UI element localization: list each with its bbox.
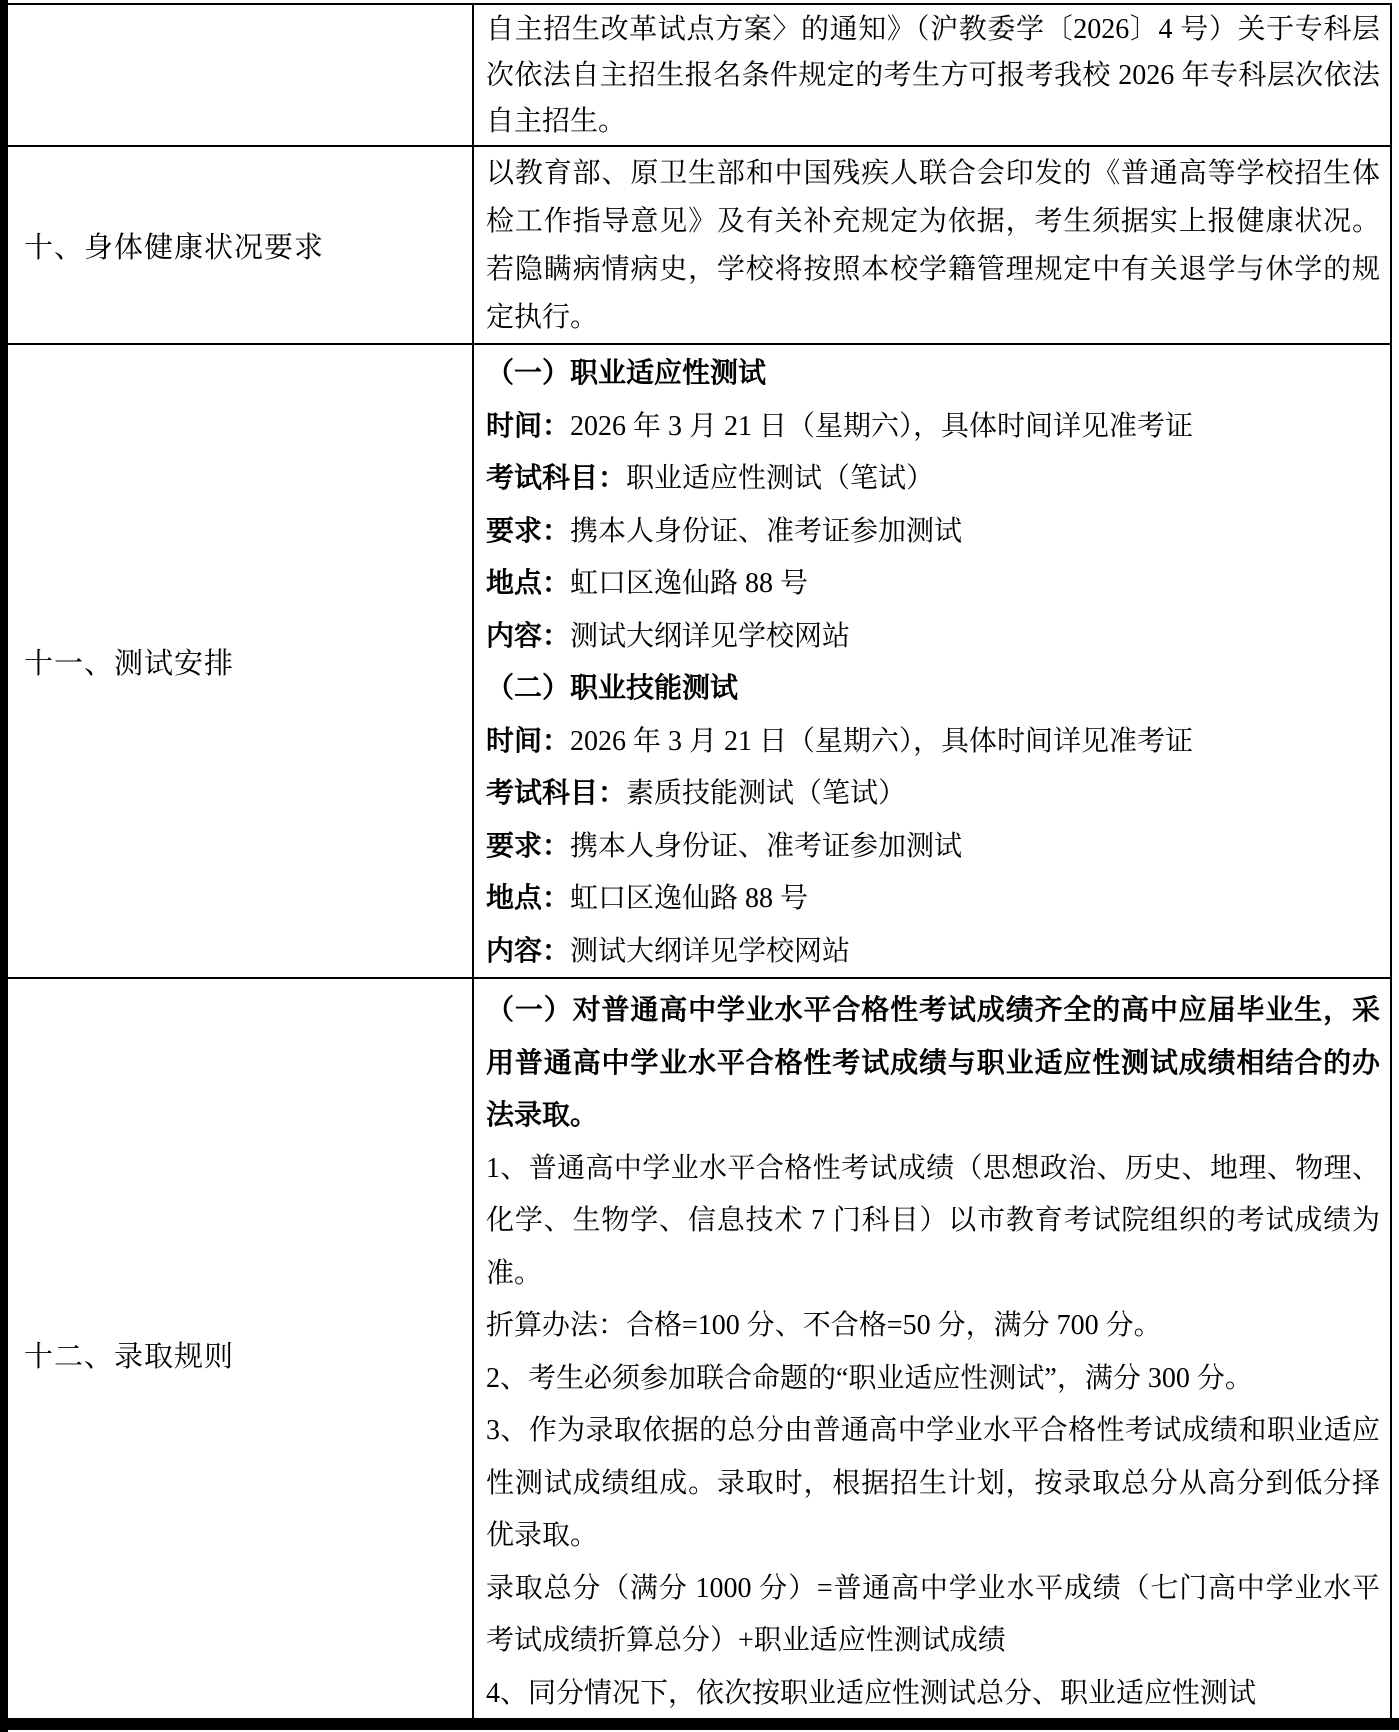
paragraph: 以教育部、原卫生部和中国残疾人联合会印发的《普通高等学校招生体检工作指导意见》及… <box>486 150 1380 342</box>
row-test-title-cell: 十一、测试安排 <box>8 345 474 977</box>
row-continuation: 自主招生改革试点方案〉的通知》（沪教委学〔2026〕4 号）关于专科层次依法自主… <box>8 5 1390 147</box>
paragraph: 1、普通高中学业水平合格性考试成绩（思想政治、历史、地理、物理、化学、生物学、信… <box>486 1143 1380 1301</box>
paragraph: 自主招生改革试点方案〉的通知》（沪教委学〔2026〕4 号）关于专科层次依法自主… <box>486 7 1380 145</box>
paragraph: （一）职业适应性测试 <box>486 348 1380 401</box>
paragraph: 地点：虹口区逸仙路 88 号 <box>486 558 1380 611</box>
row-continuation-title-cell <box>8 5 474 145</box>
paragraph: 4、同分情况下，依次按职业适应性测试总分、职业适应性测试 <box>486 1668 1380 1721</box>
page-bottom-edge <box>0 1718 1399 1730</box>
paragraph: 录取总分（满分 1000 分）=普通高中学业水平成绩（七门高中学业水平考试成绩折… <box>486 1563 1380 1668</box>
paragraph: （一）对普通高中学业水平合格性考试成绩齐全的高中应届毕业生，采用普通高中学业水平… <box>486 985 1380 1143</box>
admissions-table: 自主招生改革试点方案〉的通知》（沪教委学〔2026〕4 号）关于专科层次依法自主… <box>8 3 1392 1730</box>
paragraph: 内容：测试大纲详见学校网站 <box>486 611 1380 664</box>
paragraph: 折算办法：合格=100 分、不合格=50 分，满分 700 分。 <box>486 1300 1380 1353</box>
paragraph: 内容：测试大纲详见学校网站 <box>486 926 1380 979</box>
row-health: 十、身体健康状况要求以教育部、原卫生部和中国残疾人联合会印发的《普通高等学校招生… <box>8 147 1390 345</box>
paragraph: 地点：虹口区逸仙路 88 号 <box>486 873 1380 926</box>
row-continuation-content-cell: 自主招生改革试点方案〉的通知》（沪教委学〔2026〕4 号）关于专科层次依法自主… <box>474 5 1390 145</box>
row-admission-content-cell: （一）对普通高中学业水平合格性考试成绩齐全的高中应届毕业生，采用普通高中学业水平… <box>474 979 1390 1730</box>
paragraph: （二）职业技能测试 <box>486 663 1380 716</box>
row-test: 十一、测试安排（一）职业适应性测试时间：2026 年 3 月 21 日（星期六）… <box>8 345 1390 979</box>
page-left-edge <box>0 0 8 1732</box>
paragraph: 要求：携本人身份证、准考证参加测试 <box>486 821 1380 874</box>
row-admission-title: 十二、录取规则 <box>24 1334 234 1375</box>
paragraph: 时间：2026 年 3 月 21 日（星期六），具体时间详见准考证 <box>486 716 1380 769</box>
row-health-title: 十、身体健康状况要求 <box>24 225 324 266</box>
paragraph: 2、考生必须参加联合命题的“职业适应性测试”，满分 300 分。 <box>486 1353 1380 1406</box>
row-health-title-cell: 十、身体健康状况要求 <box>8 147 474 343</box>
paragraph: 考试科目：职业适应性测试（笔试） <box>486 453 1380 506</box>
document-page: 自主招生改革试点方案〉的通知》（沪教委学〔2026〕4 号）关于专科层次依法自主… <box>0 0 1399 1732</box>
paragraph: 要求：携本人身份证、准考证参加测试 <box>486 506 1380 559</box>
row-admission: 十二、录取规则（一）对普通高中学业水平合格性考试成绩齐全的高中应届毕业生，采用普… <box>8 979 1390 1730</box>
row-test-title: 十一、测试安排 <box>24 641 234 682</box>
paragraph: 3、作为录取依据的总分由普通高中学业水平合格性考试成绩和职业适应性测试成绩组成。… <box>486 1405 1380 1563</box>
row-test-content-cell: （一）职业适应性测试时间：2026 年 3 月 21 日（星期六），具体时间详见… <box>474 345 1390 977</box>
paragraph: 时间：2026 年 3 月 21 日（星期六），具体时间详见准考证 <box>486 401 1380 454</box>
paragraph: 考试科目：素质技能测试（笔试） <box>486 768 1380 821</box>
row-health-content-cell: 以教育部、原卫生部和中国残疾人联合会印发的《普通高等学校招生体检工作指导意见》及… <box>474 147 1390 343</box>
row-admission-title-cell: 十二、录取规则 <box>8 979 474 1730</box>
